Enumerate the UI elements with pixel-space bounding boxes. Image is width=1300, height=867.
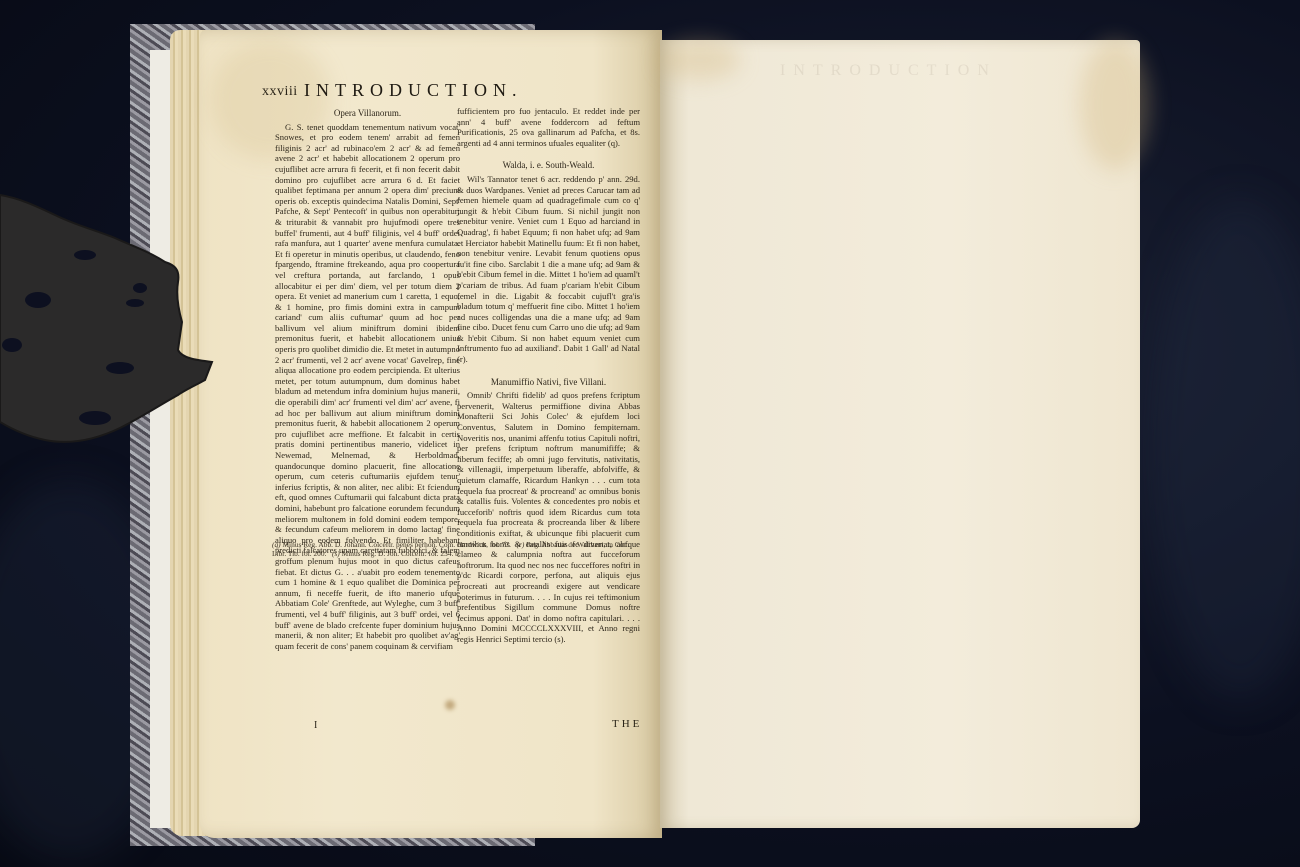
foxing-spot: [445, 700, 455, 710]
signature-mark: I: [314, 720, 317, 731]
section-title: Walda, i. e. South-Weald.: [457, 160, 640, 171]
clasp-hole: [133, 283, 147, 293]
clasp-hole: [126, 299, 144, 307]
footnote-mark: (r): [517, 540, 525, 549]
clasp-hole: [25, 292, 51, 308]
water-stain: [660, 40, 740, 80]
footnote-mark: (q): [272, 540, 281, 549]
cloth-fold: [1150, 200, 1300, 700]
show-through-text: INTRODUCTION: [780, 62, 997, 80]
paragraph: G. S. tenet quoddam tenementum nativum v…: [275, 122, 460, 652]
footnote-mark: (s): [332, 549, 340, 558]
page-number: xxviii: [262, 84, 298, 100]
footnotes: (q) Minus Reg. Abb. D. Johann. Colceftr.…: [272, 540, 642, 558]
footnote-text: Minus Reg. Abb. D. Johann. Colceftr. pen…: [282, 540, 510, 549]
iron-clasp: [0, 190, 215, 445]
right-page: INTRODUCTION: [660, 40, 1140, 828]
clasp-hole: [2, 338, 22, 352]
running-head: INTRODUCTION.: [304, 80, 522, 101]
paragraph: Omnib' Chrifti fidelib' ad quos prefens …: [457, 390, 640, 644]
section-title: Manumiffio Nativi, five Villani.: [457, 377, 640, 388]
clasp-hole: [74, 250, 96, 260]
clasp-hole: [79, 411, 111, 425]
text-column-right: fufficientem pro fuo jentaculo. Et redde…: [457, 106, 640, 645]
water-stain: [1080, 40, 1150, 170]
footnote-text: Minus Reg. D. Joh. Colceftr. fol. 234. b…: [342, 549, 461, 558]
clasp-hole: [106, 362, 134, 374]
text-column-left: Opera Villanorum. G. S. tenet quoddam te…: [275, 106, 460, 651]
page-header: xxviii INTRODUCTION.: [262, 80, 642, 102]
paragraph: Wil's Tannator tenet 6 acr. reddendo p' …: [457, 174, 640, 365]
section-title: Opera Villanorum.: [275, 108, 460, 119]
paragraph: fufficientem pro fuo jentaculo. Et redde…: [457, 106, 640, 148]
catchword: THE: [612, 718, 642, 730]
